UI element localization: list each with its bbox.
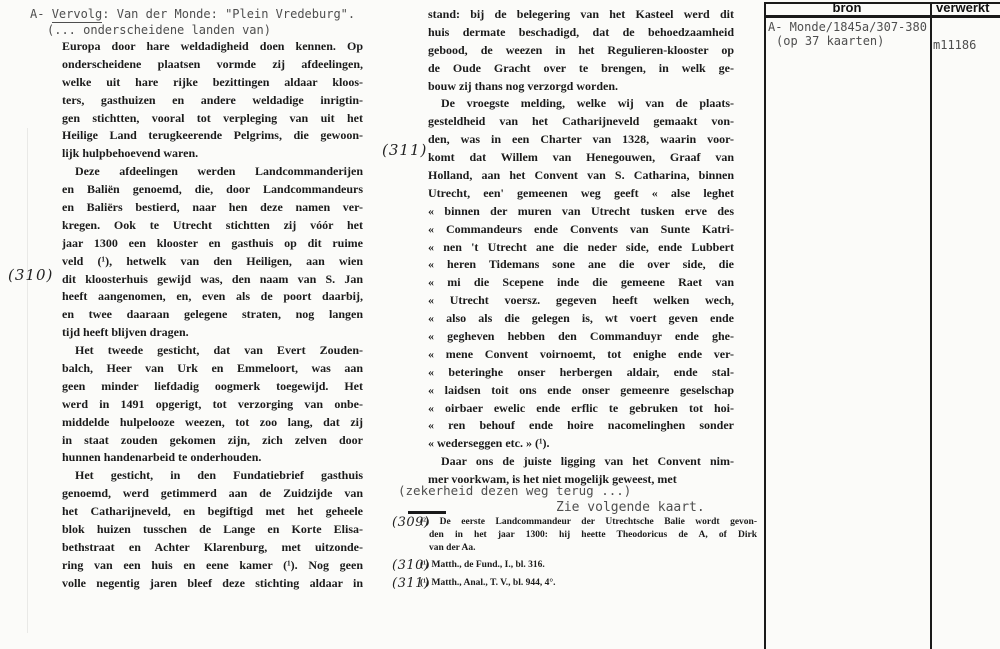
text-line: Europa door hare weldadigheid doen kenne… [62,38,363,56]
text-line: gebood, de weezen in het Regulieren-kloo… [428,42,734,60]
text-line: « Commandeurs ende Convents van Sunte Ka… [428,221,734,239]
footnote-number: (311) [392,577,429,591]
text-line: « Utrecht voersz. gegeven heeft welken w… [428,292,734,310]
verwerkt-cell-value: m11186 [933,37,976,53]
text-line: Holland, aan het Convent van S. Catharin… [428,167,734,185]
margin-number-left: (310) [8,267,53,283]
text-line: ters, gasthuizen en andere weldadige inr… [62,92,363,110]
typed-annotation-underlined-word: Vervolg [52,7,103,23]
text-line: Heilige Land terugkeerende Pelgrims, die… [62,127,363,145]
text-line: en twee daaraan gelegene straten, nog la… [62,306,363,324]
text-line: huis dermate beschadigd, dat de behoedza… [428,24,734,42]
text-line: « wederseggen etc. » (¹). [428,435,734,453]
text-line: de Oude Gracht over te brengen, in welk … [428,60,734,78]
text-line: en Baliën genoemd, die, door Landcommand… [62,181,363,199]
text-line: in staat zouden gekomen zijn, zich zelve… [62,432,363,450]
table-border-left [764,2,766,649]
text-line: (¹) Matth., Anal., T. V., bl. 944, 4°. [420,577,757,590]
scan-artifact-line [27,128,28,633]
footnote-text: (¹) Matth., Anal., T. V., bl. 944, 4°. [420,577,757,590]
table-header-underline [764,15,1000,18]
footnote-number: (310) [392,559,429,573]
footnote-311: (311) (¹) Matth., Anal., T. V., bl. 944,… [392,577,757,590]
text-line: « beteringhe onser herbergen aldair, end… [428,364,734,382]
typed-annotation-top-line2: (... onderscheidene landen van) [47,22,271,38]
text-line: « laidsen toit ons ende onser gemeenre g… [428,382,734,400]
typed-annotation-title: : Van der Monde: "Plein Vredeburg". [102,7,355,21]
margin-number-right: (311) [382,142,427,158]
text-line: balch, Heer van Urk en Emmeloort, was aa… [62,360,363,378]
text-line: volle negentig jaren bleef deze stichtin… [62,575,363,593]
right-text-column: stand: bij de belegering van het Kasteel… [428,6,734,489]
text-line: en Baliërs bestierd, naar hen deze namen… [62,199,363,217]
bron-cell-line2: (op 37 kaarten) [776,33,884,49]
text-line: den in het jaar 1300: hij heette Theodor… [420,529,757,542]
text-line: komt dat Willem van Henegouwen, Graaf va… [428,149,734,167]
text-line: werd in 1491 opgerigt, tot verzorging va… [62,396,363,414]
text-line: Daar ons de juiste ligging van het Conve… [428,453,734,471]
text-line: Deze afdeelingen werden Landcommanderije… [62,163,363,181]
text-line: « binnen der muren van Utrecht tusken er… [428,203,734,221]
text-line: genoemd, werd getimmerd aan de Zuidzijde… [62,485,363,503]
table-header-bron: bron [764,1,930,15]
text-line: gen stichtten, vooral tot verpleging van… [62,110,363,128]
footnote-number: (309) [392,516,429,530]
text-line: veld (¹), hetwelk van den Heiligen, aan … [62,253,363,271]
text-line: Het tweede gesticht, dat van Evert Zoude… [62,342,363,360]
text-line: kregen. Ook te Utrecht stichtten zij vóó… [62,217,363,235]
text-line: « heren Tidemans sone ane die over side,… [428,256,734,274]
scanned-document-page: A- Vervolg: Van der Monde: "Plein Vredeb… [0,0,1000,649]
text-line: onderscheidene plaatsen vormde zij afdee… [62,56,363,74]
typed-annotation-prefix: A- [30,7,52,21]
table-header-verwerkt: verwerkt [936,1,989,15]
text-line: van der Aa. [420,542,757,555]
text-line: den, was in een Charter van 1328, waarin… [428,131,734,149]
text-line: « gegheven hebben den Commanduyr ende gh… [428,328,734,346]
text-line: « also als die gelegen is, wt voert geve… [428,310,734,328]
text-line: dit kloosterhuis gewijd was, den naam va… [62,271,363,289]
footnote-310: (310) (¹) Matth., de Fund., I., bl. 316. [392,559,757,572]
footnote-separator-rule [408,511,446,514]
text-line: bouw zij thans nog verzorgd worden. [428,78,734,96]
left-text-column: Europa door hare weldadigheid doen kenne… [62,38,363,593]
text-line: « mi die Scepene inde die gemeene Raet v… [428,274,734,292]
text-line: het Catharijneveld, en begiftigd met het… [62,503,363,521]
text-line: welke uit hare rijke bezittingen aldaar … [62,74,363,92]
text-line: « oirbaer ewelic ende erflic te gebruken… [428,400,734,418]
text-line: (²) De eerste Landcommandeur der Utrecht… [420,516,757,529]
text-line: geen minder liefdadig oogmerk toegewijd.… [62,378,363,396]
text-line: stand: bij de belegering van het Kasteel… [428,6,734,24]
text-line: Utrecht, een' gemeenen weg geeft « alse … [428,185,734,203]
text-line: Het gesticht, in den Fundatiebrief gasth… [62,467,363,485]
text-line: bethstraat en Achter Klarenburg, met uit… [62,539,363,557]
footnote-309: (309) (²) De eerste Landcommandeur der U… [392,516,757,555]
table-column-divider [930,2,932,649]
text-line: middelde hulpelooze weezen, tot zoo lang… [62,414,363,432]
text-line: blok huizen tusschen de Lange en Korte E… [62,521,363,539]
footnote-text: (²) De eerste Landcommandeur der Utrecht… [420,516,757,555]
text-line: « nen 't Utrecht ane die neder side, end… [428,239,734,257]
text-line: (¹) Matth., de Fund., I., bl. 316. [420,559,757,572]
text-line: « mene Convent voirnoemt, tot enighe end… [428,346,734,364]
text-line: ring van een huis en eene kamer (¹). Nog… [62,557,363,575]
typed-annotation-see-next-map: Zie volgende kaart. [556,500,705,516]
text-line: De vroegste melding, welke wij van de pl… [428,95,734,113]
text-line: lijk hulpbehoevend waren. [62,145,363,163]
text-line: tijd heeft blijven dragen. [62,324,363,342]
typed-annotation-bottom: (zekerheid dezen weg terug ...) [398,483,631,499]
footnote-text: (¹) Matth., de Fund., I., bl. 316. [420,559,757,572]
text-line: jaar 1300 een klooster en gasthuis op di… [62,235,363,253]
typed-annotation-top: A- Vervolg: Van der Monde: "Plein Vredeb… [30,6,355,22]
text-line: heeft aangenomen, en, even als de poort … [62,288,363,306]
text-line: « ren behouf ende hoire nacomelinghen so… [428,417,734,435]
text-line: gesteldheid van het Catharijneveld gemaa… [428,113,734,131]
text-line: hunnen handenarbeid te onderhouden. [62,449,363,467]
